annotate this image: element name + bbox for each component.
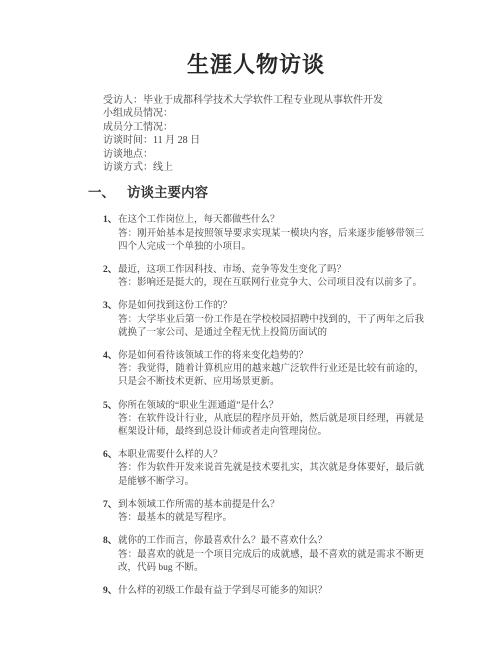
section-number: 一、 (88, 185, 115, 200)
qa-answer: 答：最喜欢的就是一个项目完成后的成就感，最不喜欢的就是需求不断更改，代码 bug… (118, 549, 424, 575)
qa-question: 你是如何看待该领域工作的将来变化趋势的？ (118, 350, 424, 363)
qa-item: 4、 你是如何看待该领域工作的将来变化趋势的？ 答：我觉得，随着计算机应用的越来… (103, 350, 424, 390)
document-page: 生涯人物访谈 受访人：毕业于成都科学技术大学软件工程专业现从事软件开发小组成员情… (0, 0, 500, 653)
qa-item: 6、 本职业需要什么样的人？ 答：作为软件开发来说首先就是技术要扎实，其次就是身… (103, 449, 424, 489)
meta-block: 受访人：毕业于成都科学技术大学软件工程专业现从事软件开发小组成员情况：成员分工情… (103, 94, 424, 174)
qa-number: 8、 (103, 535, 118, 575)
section-title: 访谈主要内容 (127, 185, 208, 200)
meta-line: 成员分工情况： (103, 121, 424, 134)
qa-body: 最近，这项工作因科技、市场、竞争等发生变化了吗？ 答：影响还是挺大的，现在互联网… (118, 264, 424, 290)
qa-list: 1、 在这个工作岗位上，每天都做些什么？ 答：刚开始基本是按照领导要求实现某一模… (88, 214, 424, 598)
document-title: 生涯人物访谈 (88, 50, 424, 80)
qa-answer: 答：刚开始基本是按照领导要求实现某一模块内容，后来逐步能够带领三四个人完成一个单… (118, 228, 424, 254)
qa-question: 什么样的初级工作最有益于学到尽可能多的知识？ (118, 585, 424, 598)
qa-number: 3、 (103, 300, 118, 340)
qa-number: 4、 (103, 350, 118, 390)
qa-body: 你所在领域的“职业生涯通道”是什么？ 答：在软件设计行业，从底层的程序员开始，然… (118, 400, 424, 440)
qa-number: 1、 (103, 214, 118, 254)
qa-body: 什么样的初级工作最有益于学到尽可能多的知识？ (118, 585, 424, 598)
qa-body: 你是如何看待该领域工作的将来变化趋势的？ 答：我觉得，随着计算机应用的越来越广泛… (118, 350, 424, 390)
qa-number: 5、 (103, 400, 118, 440)
qa-question: 你是如何找到这份工作的？ (118, 300, 424, 313)
qa-body: 到本领域工作所需的基本前提是什么？ 答：最基本的就是写程序。 (118, 499, 424, 525)
qa-body: 就你的工作而言，你最喜欢什么？最不喜欢什么？ 答：最喜欢的就是一个项目完成后的成… (118, 535, 424, 575)
qa-item: 2、 最近，这项工作因科技、市场、竞争等发生变化了吗？ 答：影响还是挺大的，现在… (103, 264, 424, 290)
qa-question: 就你的工作而言，你最喜欢什么？最不喜欢什么？ (118, 535, 424, 548)
section-heading: 一、访谈主要内容 (88, 184, 424, 202)
qa-item: 3、 你是如何找到这份工作的？ 答：大学毕业后第一份工作是在学校校园招聘中找到的… (103, 300, 424, 340)
meta-line: 小组成员情况： (103, 107, 424, 120)
qa-answer: 答：我觉得，随着计算机应用的越来越广泛软件行业还是比较有前途的，只是会不断技术更… (118, 363, 424, 389)
qa-item: 9、 什么样的初级工作最有益于学到尽可能多的知识？ (103, 585, 424, 598)
qa-answer: 答：作为软件开发来说首先就是技术要扎实，其次就是身体要好，最后就是能够不断学习。 (118, 462, 424, 488)
qa-answer: 答：最基本的就是写程序。 (118, 512, 424, 525)
qa-body: 在这个工作岗位上，每天都做些什么？ 答：刚开始基本是按照领导要求实现某一模块内容… (118, 214, 424, 254)
qa-item: 8、 就你的工作而言，你最喜欢什么？最不喜欢什么？ 答：最喜欢的就是一个项目完成… (103, 535, 424, 575)
qa-question: 在这个工作岗位上，每天都做些什么？ (118, 214, 424, 227)
qa-question: 你所在领域的“职业生涯通道”是什么？ (118, 400, 424, 413)
qa-item: 7、 到本领域工作所需的基本前提是什么？ 答：最基本的就是写程序。 (103, 499, 424, 525)
qa-number: 6、 (103, 449, 118, 489)
qa-item: 5、 你所在领域的“职业生涯通道”是什么？ 答：在软件设计行业，从底层的程序员开… (103, 400, 424, 440)
qa-question: 到本领域工作所需的基本前提是什么？ (118, 499, 424, 512)
qa-question: 最近，这项工作因科技、市场、竞争等发生变化了吗？ (118, 264, 424, 277)
qa-answer: 答：影响还是挺大的，现在互联网行业竞争大、公司项目没有以前多了。 (118, 277, 424, 290)
qa-number: 2、 (103, 264, 118, 290)
qa-body: 你是如何找到这份工作的？ 答：大学毕业后第一份工作是在学校校园招聘中找到的，干了… (118, 300, 424, 340)
qa-number: 9、 (103, 585, 118, 598)
qa-question: 本职业需要什么样的人？ (118, 449, 424, 462)
qa-body: 本职业需要什么样的人？ 答：作为软件开发来说首先就是技术要扎实，其次就是身体要好… (118, 449, 424, 489)
qa-answer: 答：在软件设计行业，从底层的程序员开始，然后就是项目经理，再就是框架设计师，最终… (118, 413, 424, 439)
qa-answer: 答：大学毕业后第一份工作是在学校校园招聘中找到的，干了两年之后我就换了一家公司、… (118, 314, 424, 340)
meta-line: 访谈时间：11 月 28 日 (103, 134, 424, 147)
qa-number: 7、 (103, 499, 118, 525)
qa-item: 1、 在这个工作岗位上，每天都做些什么？ 答：刚开始基本是按照领导要求实现某一模… (103, 214, 424, 254)
meta-line: 访谈方式：线上 (103, 161, 424, 174)
meta-line: 受访人：毕业于成都科学技术大学软件工程专业现从事软件开发 (103, 94, 424, 107)
meta-line: 访谈地点： (103, 148, 424, 161)
